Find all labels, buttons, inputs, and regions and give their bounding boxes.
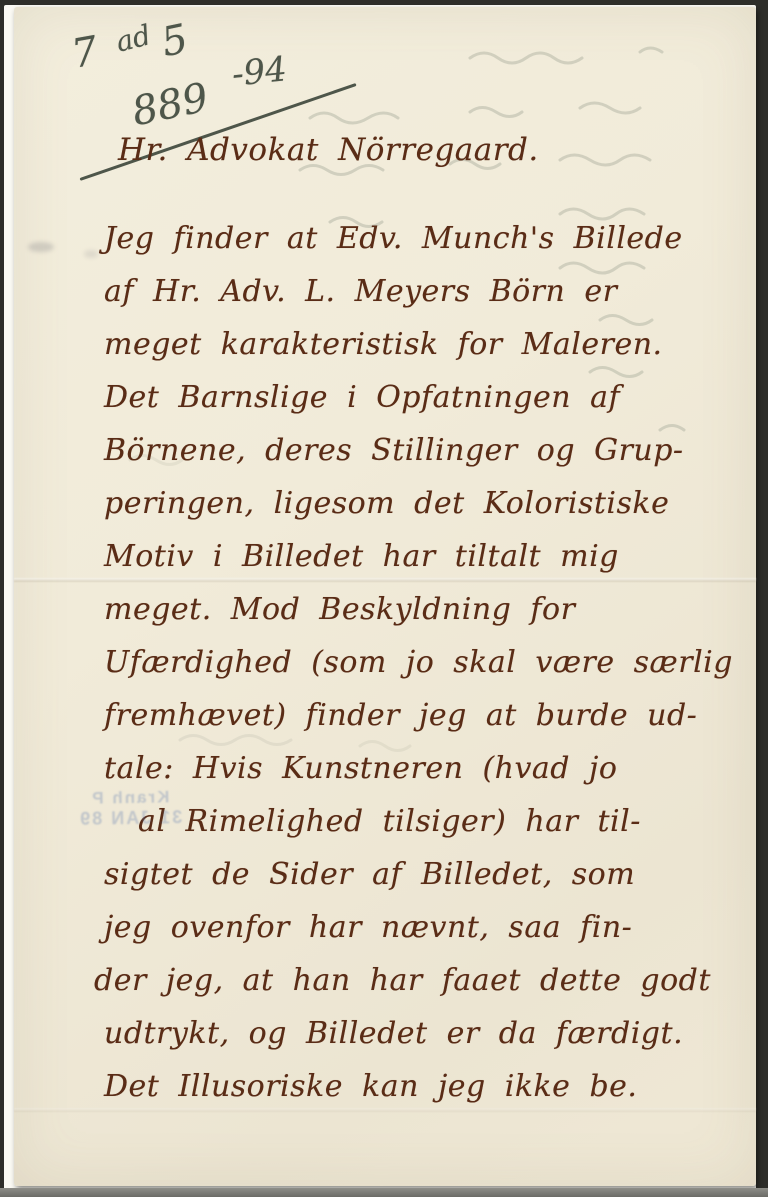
stamp-text: Kranh P (78, 787, 182, 809)
pencil-smudge (28, 242, 54, 252)
body-line: Motiv i Billedet har tiltalt mig (104, 530, 752, 583)
body-line: Börnene, deres Stillinger og Grup- (104, 424, 752, 477)
body-line: Det Illusoriske kan jeg ikke be. (104, 1060, 752, 1113)
body-line: der jeg, at han har faaet dette godt (94, 954, 752, 1007)
body-line: udtrykt, og Billedet er da færdigt. (104, 1007, 752, 1060)
archival-note-year: -94 (230, 49, 289, 95)
stamp-date: 31 JAN 89 (78, 807, 182, 830)
body-line: Jeg finder at Edv. Munch's Billede (104, 212, 752, 265)
body-line: af Hr. Adv. L. Meyers Börn er (104, 265, 752, 318)
body-line: fremhævet) finder jeg at burde ud- (104, 689, 752, 742)
scan-background-edge (0, 1188, 768, 1197)
body-line: Ufærdighed (som jo skal være særlig (104, 636, 752, 689)
fold-crease (14, 578, 756, 582)
letter-body: Jeg finder at Edv. Munch's Billede af Hr… (104, 212, 752, 1113)
salutation: Hr. Advokat Nörregaard. (118, 132, 539, 168)
body-line: peringen, ligesom det Koloristiske (104, 477, 752, 530)
letter-scan: 7 ad 5 889 -94 Hr. Advokat Nörregaard. J… (0, 0, 768, 1197)
postal-stamp-bleedthrough: Kranh P 31 JAN 89 (78, 787, 183, 830)
body-line: al Rimelighed tilsiger) har til- (104, 795, 752, 848)
body-line: Det Barnslige i Opfatningen af (104, 371, 752, 424)
body-line: sigtet de Sider af Billedet, som (104, 848, 752, 901)
body-line: meget karakteristisk for Maleren. (104, 318, 752, 371)
body-line: meget. Mod Beskyldning for (104, 583, 752, 636)
pencil-smudge (84, 250, 98, 258)
body-line: jeg ovenfor har nævnt, saa fin- (104, 901, 752, 954)
body-line: tale: Hvis Kunstneren (hvad jo (104, 742, 752, 795)
fold-crease (14, 1108, 756, 1112)
